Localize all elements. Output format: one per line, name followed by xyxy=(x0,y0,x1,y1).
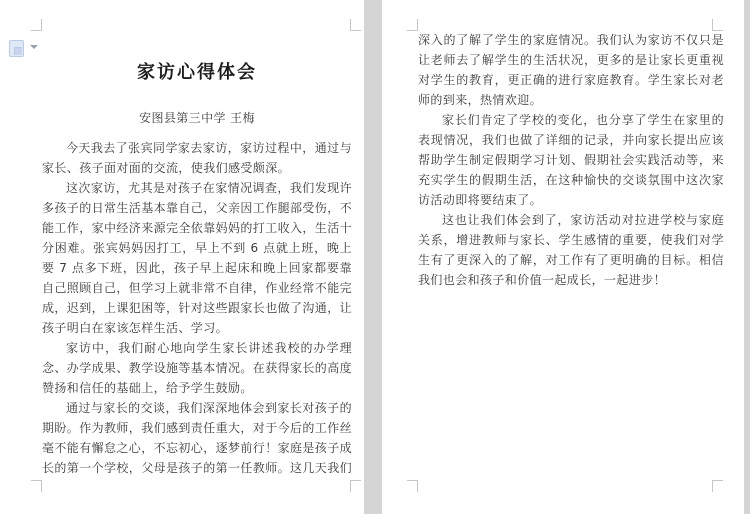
margin-mark-bottom-right xyxy=(712,480,723,492)
page-1: 家访心得体会 安图县第三中学 王梅 今天我去了张宾同学家去家访，家访过程中，通过… xyxy=(0,0,364,514)
paste-options-button[interactable] xyxy=(9,40,47,58)
paragraph[interactable]: 今天我去了张宾同学家去家访，家访过程中，通过与家长、孩子面对面的交流，使我们感受… xyxy=(42,138,352,178)
paragraph[interactable]: 这也让我们体会到了，家访活动对拉进学校与家庭关系，增进教师与家长、学生感情的重要… xyxy=(418,210,724,290)
margin-mark-bottom-left xyxy=(31,480,42,492)
paste-options-icon xyxy=(9,40,24,57)
chevron-down-icon xyxy=(30,45,38,49)
doc-byline: 安图县第三中学 王梅 xyxy=(42,108,352,128)
doc-title: 家访心得体会 xyxy=(42,60,352,86)
paragraph[interactable]: 深入的了解了学生的家庭情况。我们认为家访不仅只是让老师去了解学生的生活状况，更多… xyxy=(418,30,724,110)
margin-mark-bottom-left xyxy=(407,480,418,492)
page-2: 深入的了解了学生的家庭情况。我们认为家访不仅只是让老师去了解学生的生活状况，更多… xyxy=(382,0,744,514)
paragraph[interactable]: 这次家访，尤其是对孩子在家情况调查，我们发现许多孩子的日常生活基本靠自己，父亲因… xyxy=(42,178,352,338)
paragraph[interactable]: 家访中，我们耐心地向学生家长讲述我校的办学理念、办学成果、教学设施等基本情况。在… xyxy=(42,338,352,398)
page-2-text-area[interactable]: 深入的了解了学生的家庭情况。我们认为家访不仅只是让老师去了解学生的生活状况，更多… xyxy=(418,30,724,480)
margin-mark-top-left xyxy=(407,19,418,31)
margin-mark-bottom-right xyxy=(350,480,361,492)
paragraph[interactable]: 通过与家长的交谈，我们深深地体会到家长对孩子的期盼。作为教师，我们感到责任重大，… xyxy=(42,398,352,480)
page-1-text-area[interactable]: 家访心得体会 安图县第三中学 王梅 今天我去了张宾同学家去家访，家访过程中，通过… xyxy=(42,30,352,480)
margin-mark-top-left xyxy=(31,19,42,31)
paragraph[interactable]: 家长们肯定了学校的变化，也分享了学生在家里的表现情况，我们也做了详细的记录，并向… xyxy=(418,110,724,210)
page-1-body[interactable]: 今天我去了张宾同学家去家访，家访过程中，通过与家长、孩子面对面的交流，使我们感受… xyxy=(42,138,352,480)
page-2-body[interactable]: 深入的了解了学生的家庭情况。我们认为家访不仅只是让老师去了解学生的生活状况，更多… xyxy=(418,30,724,290)
document-workspace: 家访心得体会 安图县第三中学 王梅 今天我去了张宾同学家去家访，家访过程中，通过… xyxy=(0,0,750,514)
